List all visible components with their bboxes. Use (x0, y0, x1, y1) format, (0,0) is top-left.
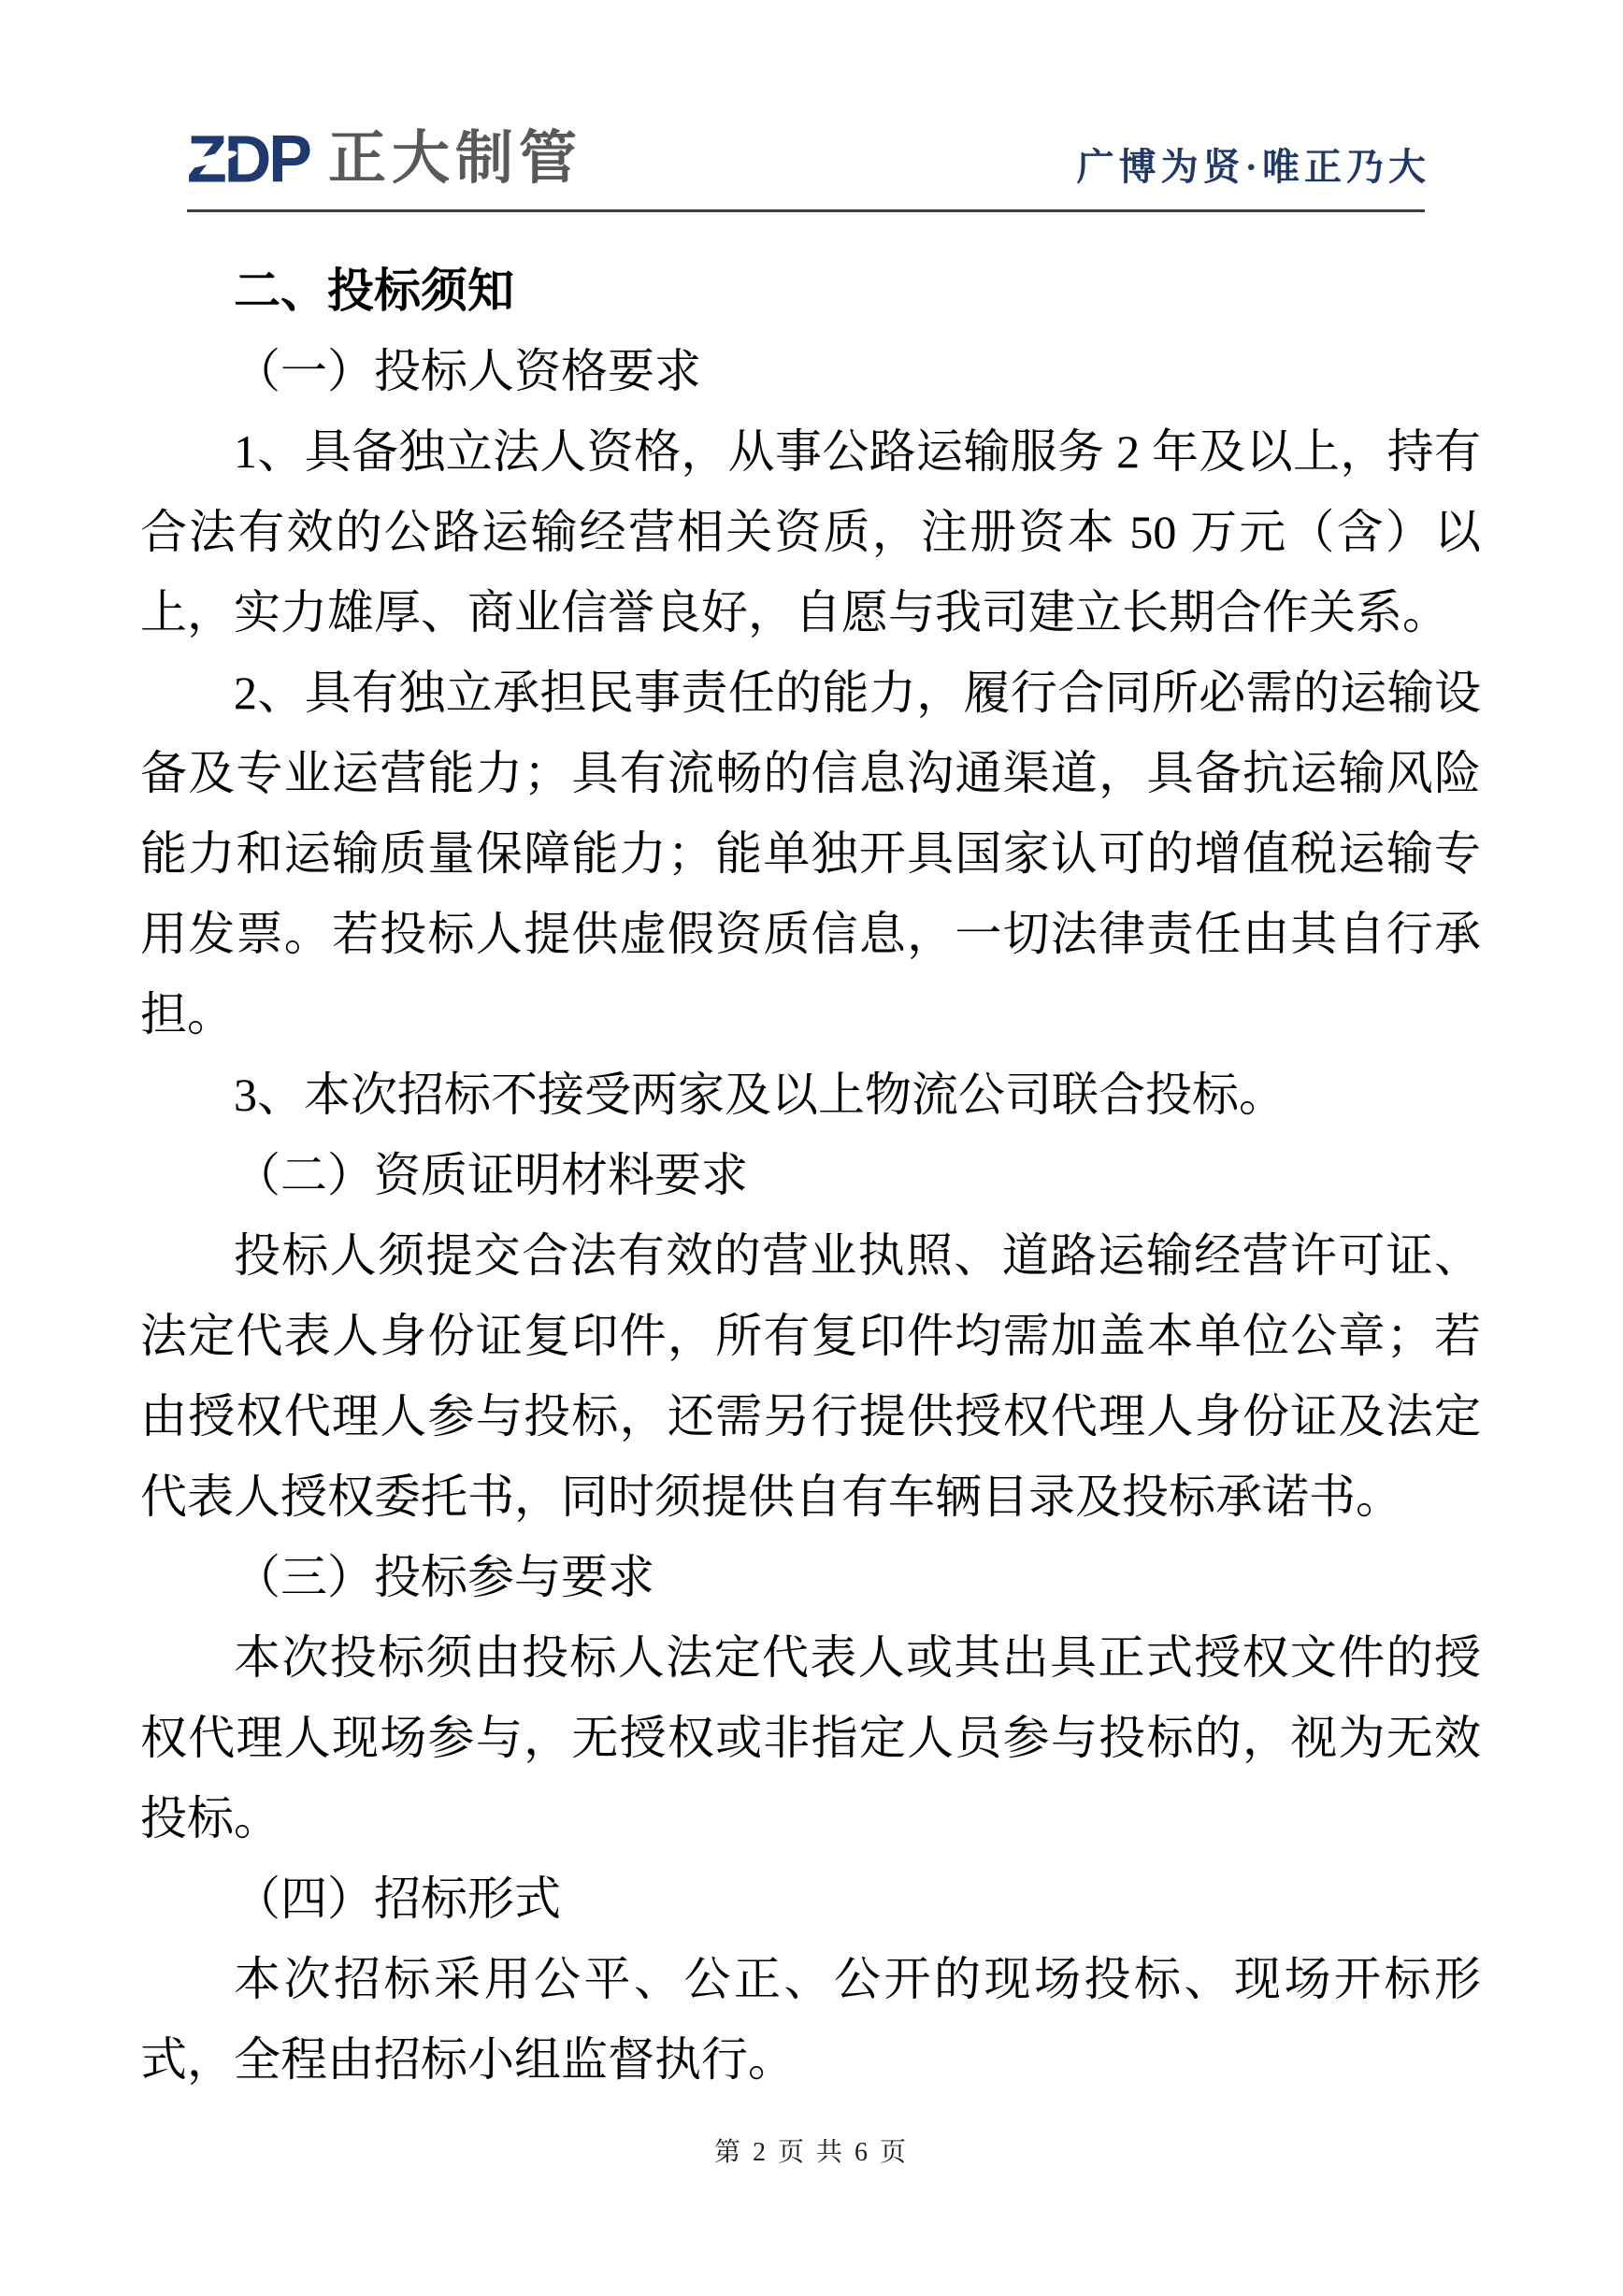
subheading-participation: （三）投标参与要求 (140, 1537, 1481, 1617)
document-body: 二、投标须知 （一）投标人资格要求 1、具备独立法人资格，从事公路运输服务 2 … (140, 251, 1481, 2100)
zdp-logo-icon: ZDP (187, 125, 309, 192)
paragraph-certificate-materials: 投标人须提交合法有效的营业执照、道路运输经营许可证、法定代表人身份证复印件，所有… (140, 1215, 1481, 1537)
page-number: 第 2 页 共 6 页 (0, 2131, 1623, 2169)
paragraph-tender-form: 本次招标采用公平、公正、公开的现场投标、现场开标形式，全程由招标小组监督执行。 (140, 1939, 1481, 2100)
subheading-bidder-qualification: （一）投标人资格要求 (140, 331, 1481, 411)
document-page: ZDP 正大制管 广博为贤·唯正乃大 二、投标须知 （一）投标人资格要求 1、具… (0, 0, 1623, 2296)
section-title: 二、投标须知 (140, 251, 1481, 331)
subheading-tender-form: （四）招标形式 (140, 1858, 1481, 1939)
paragraph-qualification-3: 3、本次招标不接受两家及以上物流公司联合投标。 (140, 1055, 1481, 1135)
header-tagline: 广博为贤·唯正乃大 (1077, 128, 1430, 191)
company-name: 正大制管 (328, 130, 582, 188)
page-header: ZDP 正大制管 广博为贤·唯正乃大 (187, 120, 1430, 198)
company-logo: ZDP 正大制管 (187, 126, 582, 192)
header-divider (187, 209, 1425, 212)
paragraph-qualification-2: 2、具有独立承担民事责任的能力，履行合同所必需的运输设备及专业运营能力；具有流畅… (140, 653, 1481, 1055)
paragraph-qualification-1: 1、具备独立法人资格，从事公路运输服务 2 年及以上，持有合法有效的公路运输经营… (140, 411, 1481, 653)
subheading-certificate-materials: （二）资质证明材料要求 (140, 1135, 1481, 1215)
paragraph-participation: 本次投标须由投标人法定代表人或其出具正式授权文件的授权代理人现场参与，无授权或非… (140, 1617, 1481, 1858)
